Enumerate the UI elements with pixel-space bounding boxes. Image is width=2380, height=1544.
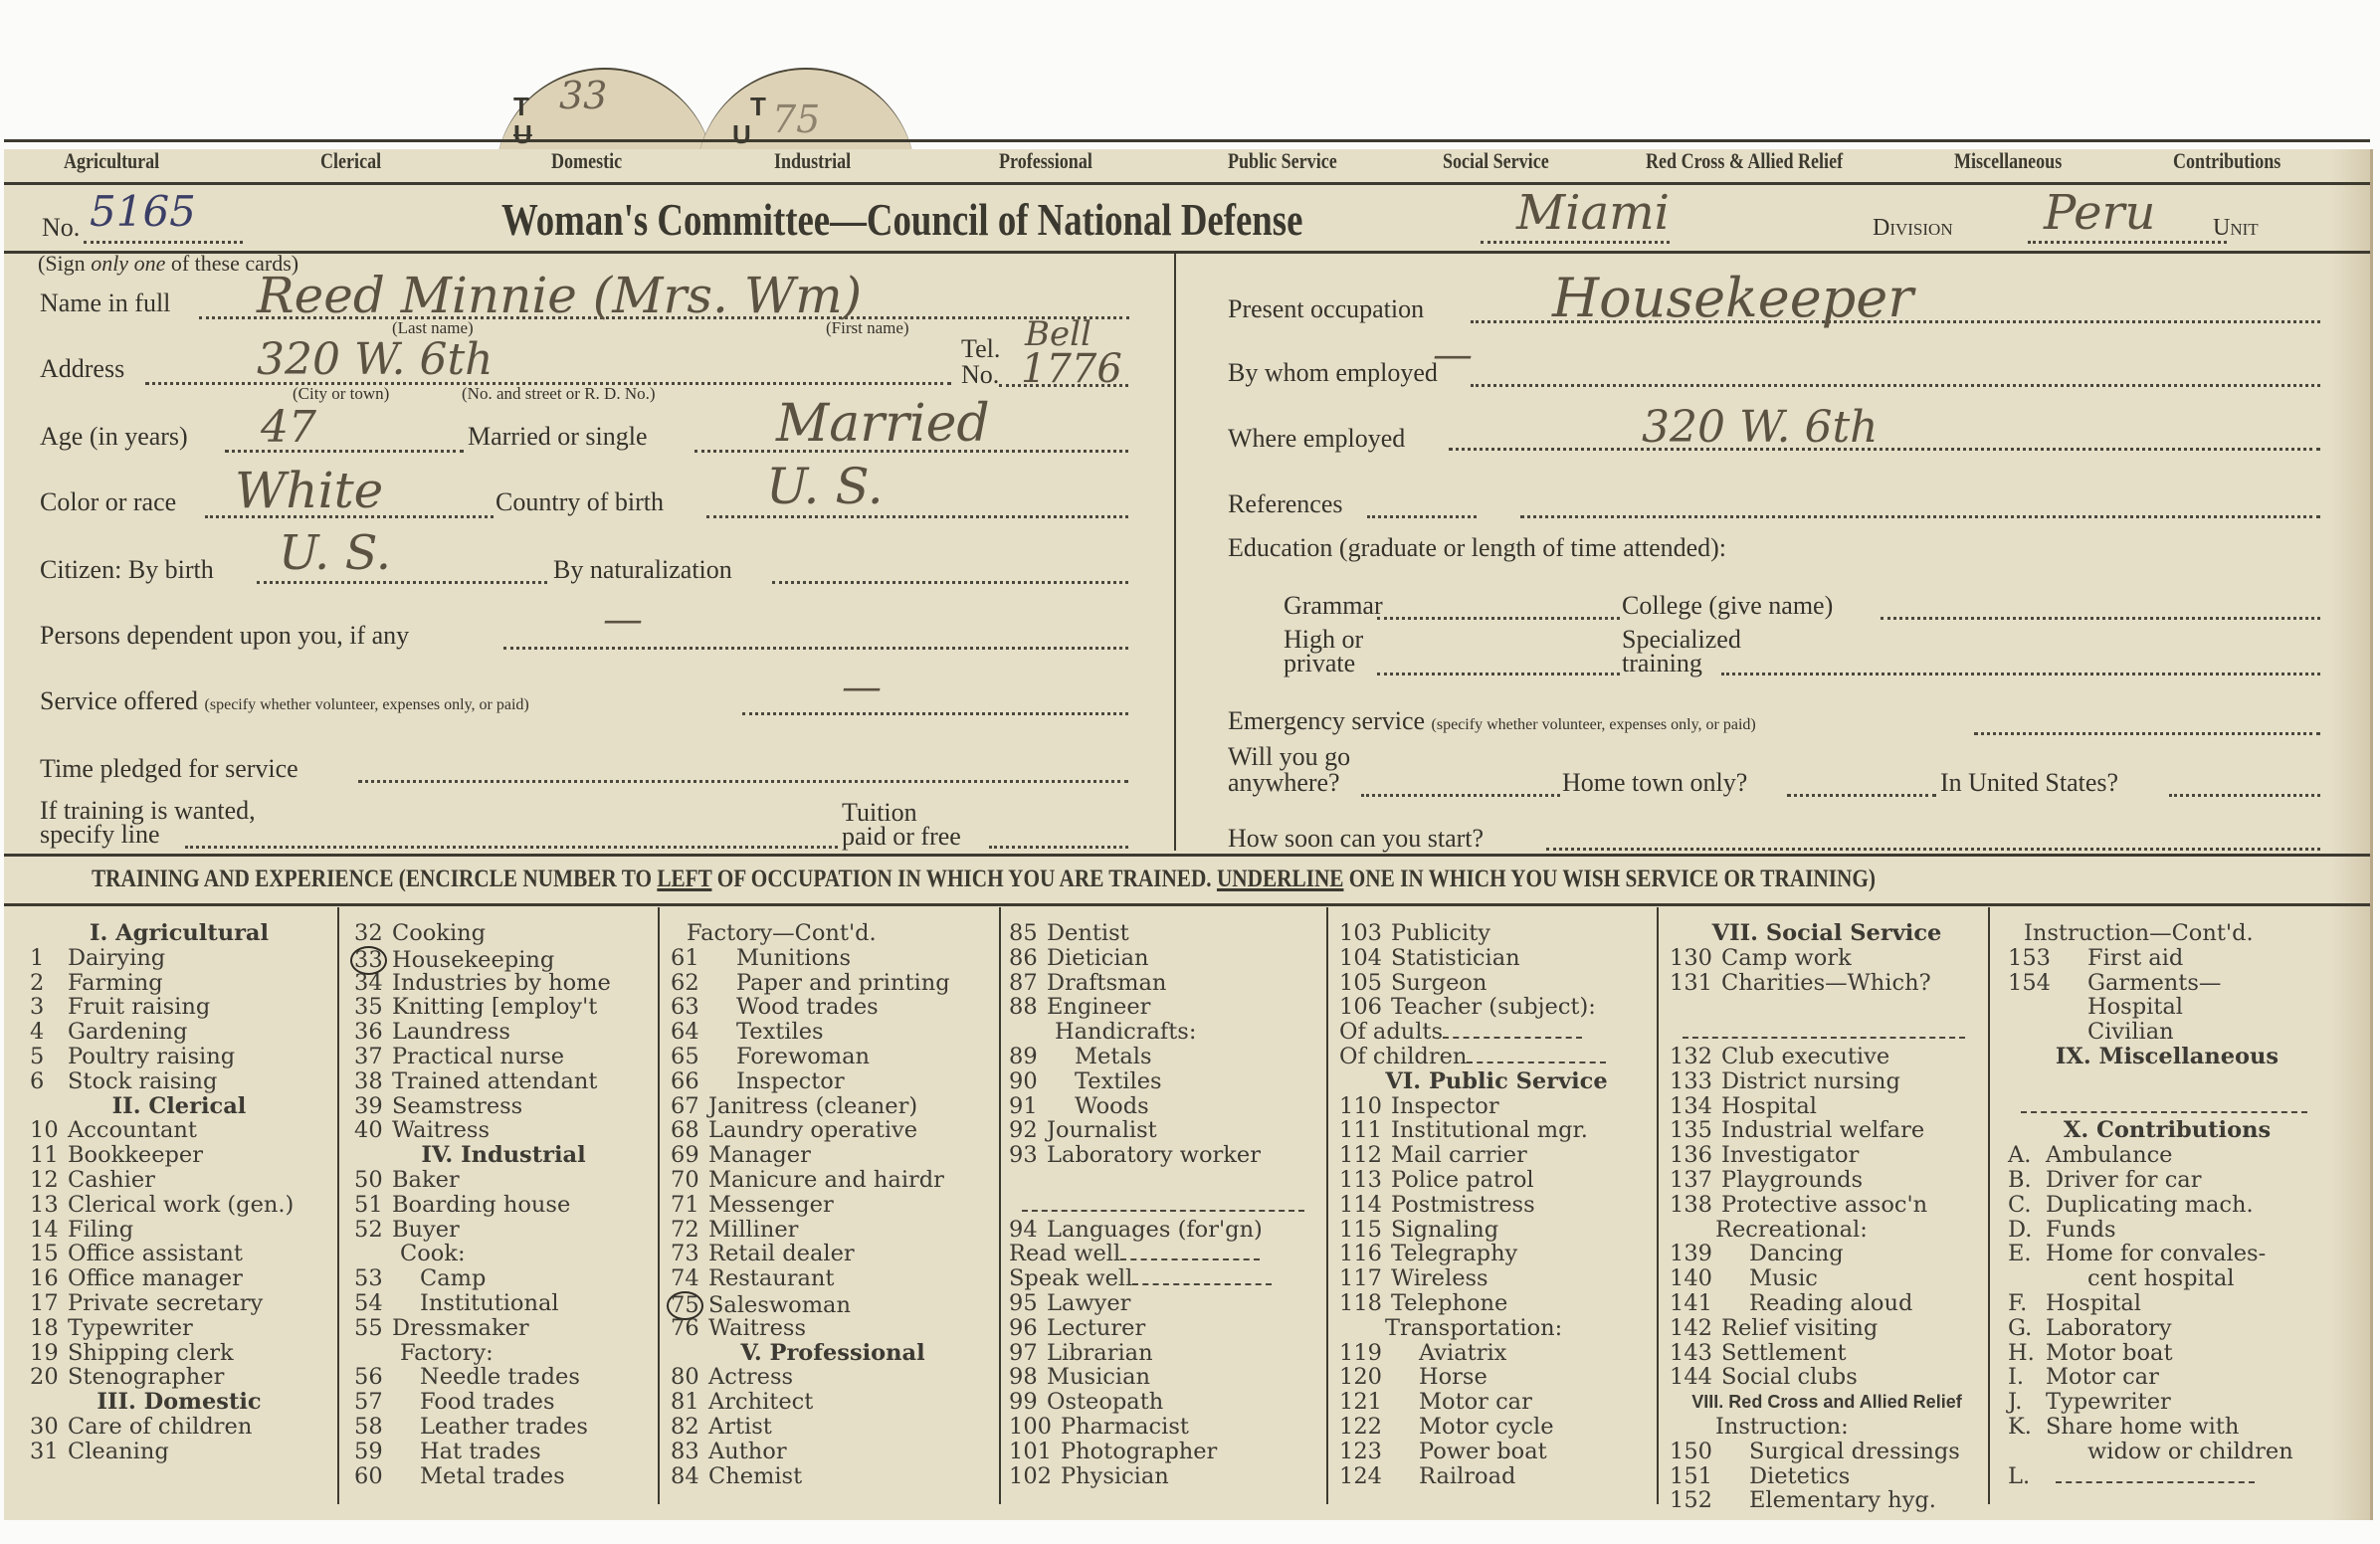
option-label: Metals xyxy=(1047,1044,1152,1069)
occupation-option[interactable]: 75Saleswoman xyxy=(671,1291,995,1316)
occupation-option[interactable]: 63Wood trades xyxy=(671,995,995,1020)
occupation-option[interactable]: 38Trained attendant xyxy=(354,1069,653,1094)
occupation-option[interactable]: G.Laboratory xyxy=(2008,1316,2326,1341)
category-miscellaneous: Miscellaneous xyxy=(1954,148,2062,174)
occupation-option[interactable]: 61Munitions xyxy=(671,946,995,971)
race-value: White xyxy=(235,462,383,519)
option-label: Metal trades xyxy=(392,1463,565,1489)
option-number: 136 xyxy=(1670,1143,1721,1168)
occupation-option[interactable]: 106Teacher (subject): xyxy=(1339,995,1654,1020)
occupation-option[interactable]: 115Signaling xyxy=(1339,1218,1654,1243)
occupation-option[interactable]: 12Cashier xyxy=(30,1168,328,1193)
option-label: Garments— xyxy=(2060,970,2221,996)
start-field[interactable] xyxy=(1546,848,2320,851)
option-number: 56 xyxy=(354,1365,392,1390)
occupation-option[interactable]: 144Social clubs xyxy=(1670,1365,1984,1390)
division-label: Division xyxy=(1873,215,1953,242)
naturalization-field[interactable] xyxy=(772,581,1128,584)
occupation-option[interactable]: F.Hospital xyxy=(2008,1291,2326,1316)
write-in-line[interactable] xyxy=(2008,1094,2326,1119)
occupation-option[interactable]: 99Osteopath xyxy=(1009,1390,1323,1415)
occupation-option[interactable]: 131Charities—Which? xyxy=(1670,971,1984,996)
occupation-option[interactable]: 55Dressmaker xyxy=(354,1316,653,1341)
option-number: 140 xyxy=(1670,1266,1721,1291)
time-pledged-field[interactable] xyxy=(358,780,1128,783)
occupation-option[interactable]: 62Paper and printing xyxy=(671,971,995,996)
section-heading: X. Contributions xyxy=(2008,1118,2326,1143)
occupation-option[interactable]: 140Music xyxy=(1670,1266,1984,1291)
option-number: 104 xyxy=(1339,946,1391,971)
employer-field[interactable] xyxy=(1471,384,2320,387)
occupation-option[interactable]: 85Dentist xyxy=(1009,921,1323,946)
occupation-option[interactable]: 33Housekeeping xyxy=(354,946,653,971)
option-number: 37 xyxy=(354,1045,392,1069)
emergency-label-text: Emergency service xyxy=(1228,706,1425,735)
option-number: 124 xyxy=(1339,1464,1391,1489)
hometown-field[interactable] xyxy=(1787,794,1936,797)
occupation-option[interactable]: 87Draftsman xyxy=(1009,971,1323,996)
col-divider-5 xyxy=(1657,907,1659,1504)
naturalization-label: By naturalization xyxy=(553,555,732,585)
option-number: 60 xyxy=(354,1464,392,1489)
occupation-option[interactable]: 83Author xyxy=(671,1440,995,1464)
birth-country-field[interactable] xyxy=(706,515,1128,518)
occupation-option[interactable]: 105Surgeon xyxy=(1339,971,1654,996)
occupation-option[interactable]: 88Engineer xyxy=(1009,995,1323,1020)
option-label: Protective assoc'n xyxy=(1721,1192,1927,1218)
section-heading: VI. Public Service xyxy=(1339,1069,1654,1094)
option-label: Manicure and hairdr xyxy=(708,1167,944,1193)
occupation-option[interactable]: 152Elementary hyg. xyxy=(1670,1488,1984,1513)
address-label: Address xyxy=(40,354,124,384)
option-label: Motor car xyxy=(2046,1364,2159,1390)
option-label: Leather trades xyxy=(392,1414,588,1440)
occupation-option[interactable]: 134Hospital xyxy=(1670,1094,1984,1119)
fill-in-item[interactable]: Speak well xyxy=(1009,1266,1323,1291)
name-value: Reed Minnie (Mrs. Wm) xyxy=(257,267,862,324)
us-field[interactable] xyxy=(2169,794,2320,797)
occupation-option[interactable]: 103Publicity xyxy=(1339,921,1654,946)
high-label-2: private xyxy=(1284,649,1355,678)
occupation-option[interactable]: H.Motor boat xyxy=(2008,1341,2326,1366)
option-label: Horse xyxy=(1391,1364,1487,1390)
occupation-option[interactable]: 32Cooking xyxy=(354,921,653,946)
occupation-option[interactable]: 112Mail carrier xyxy=(1339,1143,1654,1168)
occupation-option[interactable]: 74Restaurant xyxy=(671,1266,995,1291)
occupation-option[interactable]: 71Messenger xyxy=(671,1193,995,1218)
name-label: Name in full xyxy=(40,289,170,318)
continuation-line: Civilian xyxy=(2008,1020,2326,1045)
occupation-option[interactable]: 30Care of children xyxy=(30,1415,328,1440)
option-number: 151 xyxy=(1670,1464,1721,1489)
occupation-option[interactable]: 17Private secretary xyxy=(30,1291,328,1316)
option-label: Inspector xyxy=(1391,1093,1499,1119)
occupation-option[interactable]: 56Needle trades xyxy=(354,1365,653,1390)
occupation-option[interactable]: 84Chemist xyxy=(671,1464,995,1489)
option-number: 53 xyxy=(354,1266,392,1291)
option-number: K. xyxy=(2008,1415,2046,1440)
occupation-option[interactable]: I.Motor car xyxy=(2008,1365,2326,1390)
option-label: Wood trades xyxy=(708,994,879,1020)
training-line-field[interactable] xyxy=(185,846,838,849)
occupation-option[interactable]: 118Telephone xyxy=(1339,1291,1654,1316)
occupation-option[interactable]: 141Reading aloud xyxy=(1670,1291,1984,1316)
occupation-option[interactable]: 138Protective assoc'n xyxy=(1670,1193,1984,1218)
occupation-option[interactable]: 54Institutional xyxy=(354,1291,653,1316)
employer-value: — xyxy=(1433,332,1473,378)
option-label: Lecturer xyxy=(1047,1315,1145,1341)
occupation-option[interactable]: 90Textiles xyxy=(1009,1069,1323,1094)
occupation-option[interactable]: 36Laundress xyxy=(354,1020,653,1045)
option-label: Journalist xyxy=(1047,1117,1157,1143)
occupation-option[interactable]: 1Dairying xyxy=(30,946,328,971)
occupation-option[interactable]: 121Motor car xyxy=(1339,1390,1654,1415)
occupation-option[interactable]: 64Textiles xyxy=(671,1020,995,1045)
service-label: Service offered (specify whether volunte… xyxy=(40,686,529,716)
option-label: Messenger xyxy=(708,1192,834,1218)
option-label: Duplicating mach. xyxy=(2046,1192,2254,1218)
occupation-option[interactable]: 34Industries by home xyxy=(354,971,653,996)
occupation-option[interactable]: 91Woods xyxy=(1009,1094,1323,1119)
where-employed-value: 320 W. 6th xyxy=(1642,402,1879,453)
where-employed-field[interactable] xyxy=(1449,448,2320,451)
occupation-option[interactable]: 67Janitress (cleaner) xyxy=(671,1094,995,1119)
occupation-option[interactable]: 119Aviatrix xyxy=(1339,1341,1654,1366)
option-label: Accountant xyxy=(68,1117,197,1143)
dependents-field[interactable] xyxy=(503,647,1128,650)
occupation-option[interactable]: 142Relief visiting xyxy=(1670,1316,1984,1341)
option-label: Dancing xyxy=(1721,1241,1844,1266)
training-column-1: I. Agricultural1Dairying2Farming3Fruit r… xyxy=(30,921,328,1464)
option-number: B. xyxy=(2008,1168,2046,1193)
occupation-option[interactable]: 5Poultry raising xyxy=(30,1045,328,1069)
occupation-option[interactable]: 82Artist xyxy=(671,1415,995,1440)
option-label: Cleaning xyxy=(68,1439,169,1464)
option-label: Buyer xyxy=(392,1217,460,1243)
occupation-option[interactable]: 98Musician xyxy=(1009,1365,1323,1390)
service-field[interactable] xyxy=(742,712,1128,715)
option-number: 69 xyxy=(671,1143,708,1168)
occupation-option[interactable]: 92Journalist xyxy=(1009,1118,1323,1143)
occupation-option[interactable]: D.Funds xyxy=(2008,1218,2326,1243)
option-label: Librarian xyxy=(1047,1340,1153,1366)
option-number: 30 xyxy=(30,1415,68,1440)
occupation-option[interactable]: 151Dietetics xyxy=(1670,1464,1984,1489)
dependents-label: Persons dependent upon you, if any xyxy=(40,621,409,651)
occupation-option[interactable]: 114Postmistress xyxy=(1339,1193,1654,1218)
option-label: Munitions xyxy=(708,945,851,971)
option-label: Statistician xyxy=(1391,945,1520,971)
occupation-option[interactable]: 58Leather trades xyxy=(354,1415,653,1440)
occupation-option[interactable]: 53Camp xyxy=(354,1266,653,1291)
occupation-option[interactable]: 104Statistician xyxy=(1339,946,1654,971)
option-label: Typewriter xyxy=(2046,1389,2171,1415)
service-hint: (specify whether volunteer, expenses onl… xyxy=(205,696,529,713)
option-label: Dressmaker xyxy=(392,1315,529,1341)
citizen-birth-field[interactable] xyxy=(257,581,547,584)
fill-in-item[interactable]: Of adults xyxy=(1339,1020,1654,1045)
section-heading: V. Professional xyxy=(671,1341,995,1366)
occupation-option[interactable]: 110Inspector xyxy=(1339,1094,1654,1119)
occupation-option[interactable]: K.Share home with xyxy=(2008,1415,2326,1440)
occupation-option[interactable]: J.Typewriter xyxy=(2008,1390,2326,1415)
option-number: 94 xyxy=(1009,1218,1047,1243)
option-number: 50 xyxy=(354,1168,392,1193)
option-label: Motor cycle xyxy=(1391,1414,1554,1440)
occupation-option[interactable]: 132Club executive xyxy=(1670,1045,1984,1069)
option-number: 34 xyxy=(354,971,392,996)
occupation-option[interactable]: 95Lawyer xyxy=(1009,1291,1323,1316)
occupation-option[interactable]: A.Ambulance xyxy=(2008,1143,2326,1168)
option-number: A. xyxy=(2008,1143,2046,1168)
option-label: Paper and printing xyxy=(708,970,950,996)
emergency-field[interactable] xyxy=(1974,732,2320,735)
option-number: 93 xyxy=(1009,1143,1047,1168)
occupation-option[interactable]: 154Garments— xyxy=(2008,971,2326,996)
education-label: Education (graduate or length of time at… xyxy=(1228,533,1726,563)
tuition-field[interactable] xyxy=(989,846,1128,849)
option-number: 73 xyxy=(671,1242,708,1266)
option-label: Office manager xyxy=(68,1265,243,1291)
occupation-option[interactable]: 72Milliner xyxy=(671,1218,995,1243)
option-number: 1 xyxy=(30,946,68,971)
option-label: Surgeon xyxy=(1391,970,1487,996)
tuition-label-2: paid or free xyxy=(842,822,961,852)
option-label: Teacher (subject): xyxy=(1391,994,1596,1020)
occupation-option[interactable]: 11Bookkeeper xyxy=(30,1143,328,1168)
option-number: 138 xyxy=(1670,1193,1721,1218)
grammar-field[interactable] xyxy=(1377,617,1620,620)
occupation-option[interactable]: 133District nursing xyxy=(1670,1069,1984,1094)
category-professional: Professional xyxy=(999,148,1092,174)
occupation-option[interactable]: 73Retail dealer xyxy=(671,1242,995,1266)
specialized-label-2: training xyxy=(1622,649,1702,678)
occupation-option[interactable]: 86Dietician xyxy=(1009,946,1323,971)
training-column-7: Instruction—Cont'd.153First aid154Garmen… xyxy=(2008,921,2326,1488)
option-label: Home for convales- xyxy=(2046,1241,2266,1266)
option-number: 17 xyxy=(30,1291,68,1316)
occupation-option[interactable]: 39Seamstress xyxy=(354,1094,653,1119)
us-label: In United States? xyxy=(1940,768,2118,798)
card-number-label: No. xyxy=(42,213,80,243)
high-school-field[interactable] xyxy=(1377,673,1620,675)
sign-note-1: (Sign xyxy=(38,251,91,276)
option-number: 134 xyxy=(1670,1094,1721,1119)
continuation-line: cent hospital xyxy=(2008,1266,2326,1291)
occupation-option[interactable]: 123Power boat xyxy=(1339,1440,1654,1464)
option-label: Physician xyxy=(1061,1463,1169,1489)
occupation-option[interactable]: 70Manicure and hairdr xyxy=(671,1168,995,1193)
occupation-option[interactable]: 68Laundry operative xyxy=(671,1118,995,1143)
occupation-option[interactable]: 14Filing xyxy=(30,1218,328,1243)
option-label: Author xyxy=(708,1439,787,1464)
occupation-option[interactable]: 143Settlement xyxy=(1670,1341,1984,1366)
blank-spacer xyxy=(1009,1168,1323,1193)
occupation-option[interactable]: 122Motor cycle xyxy=(1339,1415,1654,1440)
option-number: 118 xyxy=(1339,1291,1391,1316)
occupation-option[interactable]: 2Farming xyxy=(30,971,328,996)
card-number-field[interactable] xyxy=(84,241,243,244)
occupation-option[interactable]: 59Hat trades xyxy=(354,1440,653,1464)
occupation-option[interactable]: 51Boarding house xyxy=(354,1193,653,1218)
division-field[interactable] xyxy=(1481,241,1670,244)
occupation-option[interactable]: 102Physician xyxy=(1009,1464,1323,1489)
option-label: Needle trades xyxy=(392,1364,580,1390)
occupation-option[interactable]: 80Actress xyxy=(671,1365,995,1390)
col-divider-4 xyxy=(1326,907,1328,1504)
option-number: I. xyxy=(2008,1365,2046,1390)
option-number: 18 xyxy=(30,1316,68,1341)
occupation-option[interactable]: 16Office manager xyxy=(30,1266,328,1291)
occupation-option[interactable]: 4Gardening xyxy=(30,1020,328,1045)
occupation-option[interactable]: 50Baker xyxy=(354,1168,653,1193)
fill-in-item[interactable]: Of children xyxy=(1339,1045,1654,1069)
occupation-option[interactable]: 13Clerical work (gen.) xyxy=(30,1193,328,1218)
occupation-option[interactable]: 111Institutional mgr. xyxy=(1339,1118,1654,1143)
subheading: Recreational: xyxy=(1670,1218,1984,1243)
occupation-option[interactable]: 100Pharmacist xyxy=(1009,1415,1323,1440)
option-number: 71 xyxy=(671,1193,708,1218)
training-heading: TRAINING AND EXPERIENCE (ENCIRCLE NUMBER… xyxy=(92,866,1876,893)
option-number: 114 xyxy=(1339,1193,1391,1218)
occupation-option[interactable]: 69Manager xyxy=(671,1143,995,1168)
division-value: Miami xyxy=(1516,185,1670,241)
occupation-option[interactable]: 137Playgrounds xyxy=(1670,1168,1984,1193)
occupation-option[interactable]: B.Driver for car xyxy=(2008,1168,2326,1193)
option-label: Relief visiting xyxy=(1721,1315,1878,1341)
occupation-option[interactable]: 89Metals xyxy=(1009,1045,1323,1069)
occupation-option[interactable]: 93Laboratory worker xyxy=(1009,1143,1323,1168)
specialized-field[interactable] xyxy=(1721,673,2320,675)
occupation-option[interactable]: 10Accountant xyxy=(30,1118,328,1143)
tab-note: 75 xyxy=(772,97,820,141)
unit-field[interactable] xyxy=(2028,241,2227,244)
marital-label: Married or single xyxy=(468,422,648,452)
occupation-option[interactable]: 35Knitting [employ't xyxy=(354,995,653,1020)
training-column-3: Factory—Cont'd.61Munitions62Paper and pr… xyxy=(671,921,995,1488)
occupation-option[interactable]: 15Office assistant xyxy=(30,1242,328,1266)
occupation-option[interactable]: L. xyxy=(2008,1464,2326,1489)
option-number: 113 xyxy=(1339,1168,1391,1193)
option-label: Languages (for'gn) xyxy=(1047,1217,1263,1243)
option-label: Knitting [employ't xyxy=(392,994,597,1020)
subheading: Factory—Cont'd. xyxy=(671,921,995,946)
occupation-option[interactable]: 6Stock raising xyxy=(30,1069,328,1094)
references-field[interactable] xyxy=(1520,515,2320,518)
write-in-line[interactable] xyxy=(1670,1020,1984,1045)
occupation-option[interactable]: 117Wireless xyxy=(1339,1266,1654,1291)
option-label: Institutional mgr. xyxy=(1391,1117,1588,1143)
occupation-option[interactable]: 3Fruit raising xyxy=(30,995,328,1020)
continuation-line: widow or children xyxy=(2008,1440,2326,1464)
occupation-option[interactable]: C.Duplicating mach. xyxy=(2008,1193,2326,1218)
occupation-option[interactable]: 66Inspector xyxy=(671,1069,995,1094)
occupation-option[interactable]: 18Typewriter xyxy=(30,1316,328,1341)
option-number: 52 xyxy=(354,1218,392,1243)
occupation-option[interactable]: 136Investigator xyxy=(1670,1143,1984,1168)
occupation-option[interactable]: 81Architect xyxy=(671,1390,995,1415)
option-number: 87 xyxy=(1009,971,1047,996)
occupation-option[interactable]: 101Photographer xyxy=(1009,1440,1323,1464)
option-number: 110 xyxy=(1339,1094,1391,1119)
option-number: 100 xyxy=(1009,1415,1061,1440)
subheading: Instruction—Cont'd. xyxy=(2008,921,2326,946)
option-label: Settlement xyxy=(1721,1340,1847,1366)
category-industrial: Industrial xyxy=(774,148,851,174)
occupation-option[interactable]: 31Cleaning xyxy=(30,1440,328,1464)
option-number: 89 xyxy=(1009,1045,1047,1069)
option-number: 82 xyxy=(671,1415,708,1440)
option-label: Charities—Which? xyxy=(1721,970,1931,996)
col-divider-1 xyxy=(337,907,339,1504)
option-number: 15 xyxy=(30,1242,68,1266)
occupation-option[interactable]: 94Languages (for'gn) xyxy=(1009,1218,1323,1243)
option-label: Woods xyxy=(1047,1093,1149,1119)
occupation-option[interactable]: 150Surgical dressings xyxy=(1670,1440,1984,1464)
category-agricultural: Agricultural xyxy=(64,148,159,174)
title-row: No. 5165 Woman's Committee—Council of Na… xyxy=(4,185,2370,254)
option-number: 36 xyxy=(354,1020,392,1045)
option-number: 5 xyxy=(30,1045,68,1069)
occupation-option[interactable]: 130Camp work xyxy=(1670,946,1984,971)
occupation-option[interactable]: 52Buyer xyxy=(354,1218,653,1243)
option-number: 19 xyxy=(30,1341,68,1366)
write-in-line[interactable] xyxy=(1009,1193,1323,1218)
occupation-option[interactable]: 20Stenographer xyxy=(30,1365,328,1390)
option-number: 40 xyxy=(354,1118,392,1143)
option-number: 54 xyxy=(354,1291,392,1316)
fill-in-item[interactable]: Read well xyxy=(1009,1242,1323,1266)
anywhere-field[interactable] xyxy=(1361,794,1560,797)
occupation-option[interactable]: 113Police patrol xyxy=(1339,1168,1654,1193)
occupation-option[interactable]: 40Waitress xyxy=(354,1118,653,1143)
occupation-option[interactable]: E.Home for convales- xyxy=(2008,1242,2326,1266)
occupation-option[interactable]: 124Railroad xyxy=(1339,1464,1654,1489)
option-label: Osteopath xyxy=(1047,1389,1163,1415)
occupation-option[interactable]: 120Horse xyxy=(1339,1365,1654,1390)
occupation-option[interactable]: 116Telegraphy xyxy=(1339,1242,1654,1266)
option-label: Laundry operative xyxy=(708,1117,917,1143)
references-label: References xyxy=(1228,489,1342,519)
tel-value: 1776 xyxy=(1021,346,1122,392)
option-label: Filing xyxy=(68,1217,133,1243)
occupation-option[interactable]: 37Practical nurse xyxy=(354,1045,653,1069)
occupation-option[interactable]: 65Forewoman xyxy=(671,1045,995,1069)
option-number: 20 xyxy=(30,1365,68,1390)
option-number: 105 xyxy=(1339,971,1391,996)
occupation-option[interactable]: 139Dancing xyxy=(1670,1242,1984,1266)
option-label: Seamstress xyxy=(392,1093,522,1119)
option-label: Power boat xyxy=(1391,1439,1547,1464)
training-heading-3: ONE IN WHICH YOU WISH SERVICE OR TRAININ… xyxy=(1343,866,1876,892)
occupation-option[interactable]: 135Industrial welfare xyxy=(1670,1118,1984,1143)
occupation-option[interactable]: 97Librarian xyxy=(1009,1341,1323,1366)
occupation-option[interactable]: 19Shipping clerk xyxy=(30,1341,328,1366)
option-number: 2 xyxy=(30,971,68,996)
occupation-option[interactable]: 96Lecturer xyxy=(1009,1316,1323,1341)
hometown-label: Home town only? xyxy=(1562,768,1747,798)
option-label: Elementary hyg. xyxy=(1721,1487,1936,1513)
college-field[interactable] xyxy=(1881,617,2320,620)
category-domestic: Domestic xyxy=(551,148,622,174)
option-label: Engineer xyxy=(1047,994,1150,1020)
occupation-option[interactable]: 60Metal trades xyxy=(354,1464,653,1489)
occupation-option[interactable]: 76Waitress xyxy=(671,1316,995,1341)
option-number: 120 xyxy=(1339,1365,1391,1390)
references-field-short[interactable] xyxy=(1367,515,1477,518)
occupation-option[interactable]: 153First aid xyxy=(2008,946,2326,971)
occupation-option[interactable]: 57Food trades xyxy=(354,1390,653,1415)
